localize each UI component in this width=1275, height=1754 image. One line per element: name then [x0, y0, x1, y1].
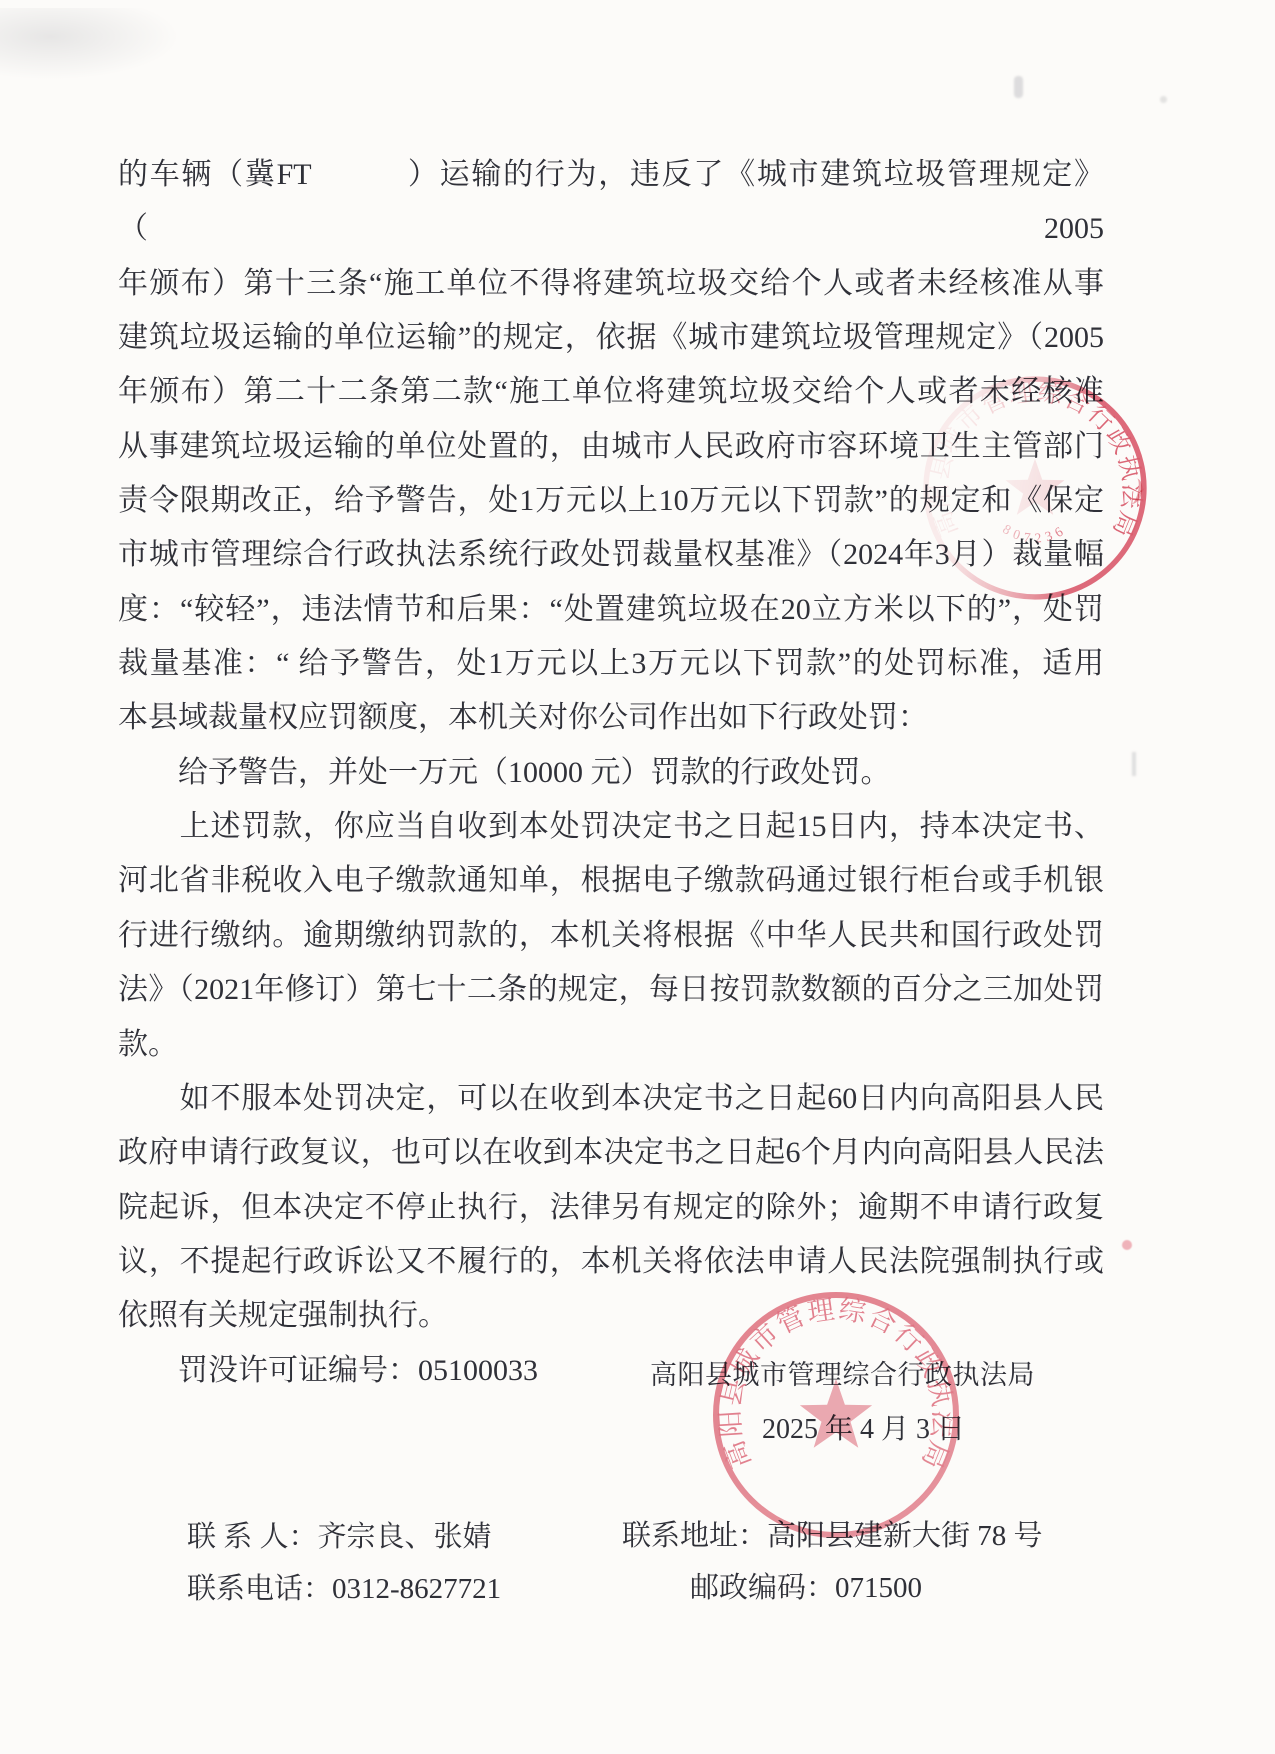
seal-star-icon — [800, 1379, 872, 1448]
penalty-decision-page: 的车辆（冀FT ）运输的行为，违反了《城市建筑垃圾管理规定》（2005 年颁布）… — [0, 0, 1275, 1754]
seal-ring-text: 高阳县城市管理综合行政执法局 — [926, 378, 1146, 542]
scan-mark — [1160, 96, 1167, 103]
body-line: 院起诉，但本决定不停止执行，法律另有规定的除外；逾期不申请行政复 — [118, 1181, 1104, 1235]
contact-person: 联 系 人：齐宗良、张婧 — [187, 1514, 492, 1555]
body-line: 裁量基准：“ 给予警告，处1万元以上3万元以下罚款”的处罚标准，适用 — [118, 637, 1104, 691]
body-line: 年颁布）第十三条“施工单位不得将建筑垃圾交给个人或者未经核准从事 — [118, 257, 1104, 311]
contact-postcode: 邮政编码：071500 — [690, 1565, 922, 1606]
scan-mark — [1014, 76, 1023, 98]
body-line: 上述罚款，你应当自收到本处罚决定书之日起15日内，持本决定书、 — [118, 800, 1104, 854]
body-line: 如不服本处罚决定，可以在收到本决定书之日起60日内向高阳县人民 — [118, 1072, 1104, 1126]
seal-code: 807236 — [1000, 521, 1070, 546]
penalty-decision-line: 给予警告，并处一万元（10000 元）罚款的行政处罚。 — [118, 746, 1104, 800]
scan-mark — [1132, 752, 1136, 776]
scan-smudge — [0, 8, 180, 80]
body-line: 本县域裁量权应罚额度，本机关对你公司作出如下行政处罚： — [118, 691, 1104, 745]
scan-mark — [1122, 1240, 1132, 1250]
body-line: 行进行缴纳。逾期缴纳罚款的，本机关将根据《中华人民共和国行政处罚 — [118, 909, 1104, 963]
body-line: 建筑垃圾运输的单位运输”的规定，依据《城市建筑垃圾管理规定》（2005 — [118, 311, 1104, 365]
document-body: 的车辆（冀FT ）运输的行为，违反了《城市建筑垃圾管理规定》（2005 年颁布）… — [118, 148, 1104, 1398]
body-line: 的车辆（冀FT ）运输的行为，违反了《城市建筑垃圾管理规定》（2005 — [118, 148, 1104, 257]
body-line: 款。 — [118, 1018, 1104, 1072]
body-line: 政府申请行政复议，也可以在收到本决定书之日起6个月内向高阳县人民法 — [118, 1126, 1104, 1180]
body-line: 河北省非税收入电子缴款通知单，根据电子缴款码通过银行柜台或手机银 — [118, 854, 1104, 908]
seal-star-icon — [1006, 459, 1065, 515]
body-line: 法》（2021年修订）第七十二条的规定，每日按罚款数额的百分之三加处罚 — [118, 963, 1104, 1017]
official-seal: 高阳县城市管理综合行政执法局 — [706, 1285, 966, 1545]
body-line: 议，不提起行政诉讼又不履行的，本机关将依法申请人民法院强制执行或 — [118, 1235, 1104, 1289]
contact-phone: 联系电话：0312-8627721 — [187, 1566, 501, 1607]
partial-seal: 高阳县城市管理综合行政执法局 807236 — [917, 370, 1153, 606]
